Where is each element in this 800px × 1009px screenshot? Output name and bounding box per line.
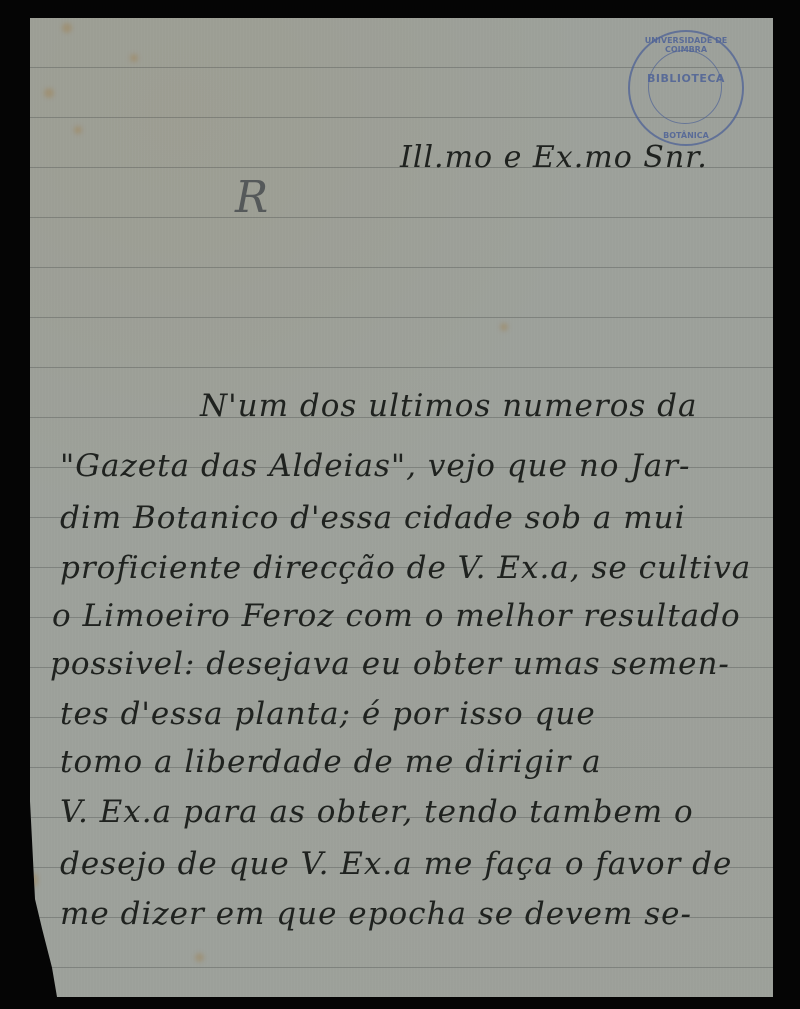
foxing-spot xyxy=(195,953,204,962)
foxing-spot xyxy=(500,323,508,331)
letter-line-11: me dizer em que epocha se devem se- xyxy=(60,896,692,932)
letter-line-6: possivel: desejava eu obter umas semen- xyxy=(50,646,730,682)
letter-line-2: "Gazeta das Aldeias", vejo que no Jar- xyxy=(60,448,691,484)
stamp-ring-bottom-text: BOTÂNICA xyxy=(630,131,742,140)
letter-line-4: proficiente direcção de V. Ex.a, se cult… xyxy=(60,550,751,586)
letter-line-8: tomo a liberdade de me dirigir a xyxy=(60,744,602,780)
pencil-mark: R xyxy=(235,172,268,223)
stamp-inner-ring xyxy=(648,50,722,124)
letter-line-10: desejo de que V. Ex.a me faça o favor de xyxy=(60,846,732,882)
letter-line-5: o Limoeiro Feroz com o melhor resultado xyxy=(52,598,741,634)
salutation: Ill.mo e Ex.mo Snr. xyxy=(400,140,708,175)
letter-line-9: V. Ex.a para as obter, tendo tambem o xyxy=(60,794,694,830)
foxing-spot xyxy=(74,126,82,134)
stamp-center-text: BIBLIOTECA xyxy=(630,72,742,85)
library-stamp: UNIVERSIDADE DE COIMBRA BIBLIOTECA BOTÂN… xyxy=(628,30,744,146)
foxing-spot xyxy=(30,873,38,887)
letter-line-1: N'um dos ultimos numeros da xyxy=(200,388,697,424)
foxing-spot xyxy=(62,23,72,33)
foxing-spot xyxy=(130,54,138,62)
letter-line-7: tes d'essa planta; é por isso que xyxy=(60,696,596,732)
letter-line-3: dim Botanico d'essa cidade sob a mui xyxy=(60,500,686,536)
foxing-spot xyxy=(44,88,54,98)
